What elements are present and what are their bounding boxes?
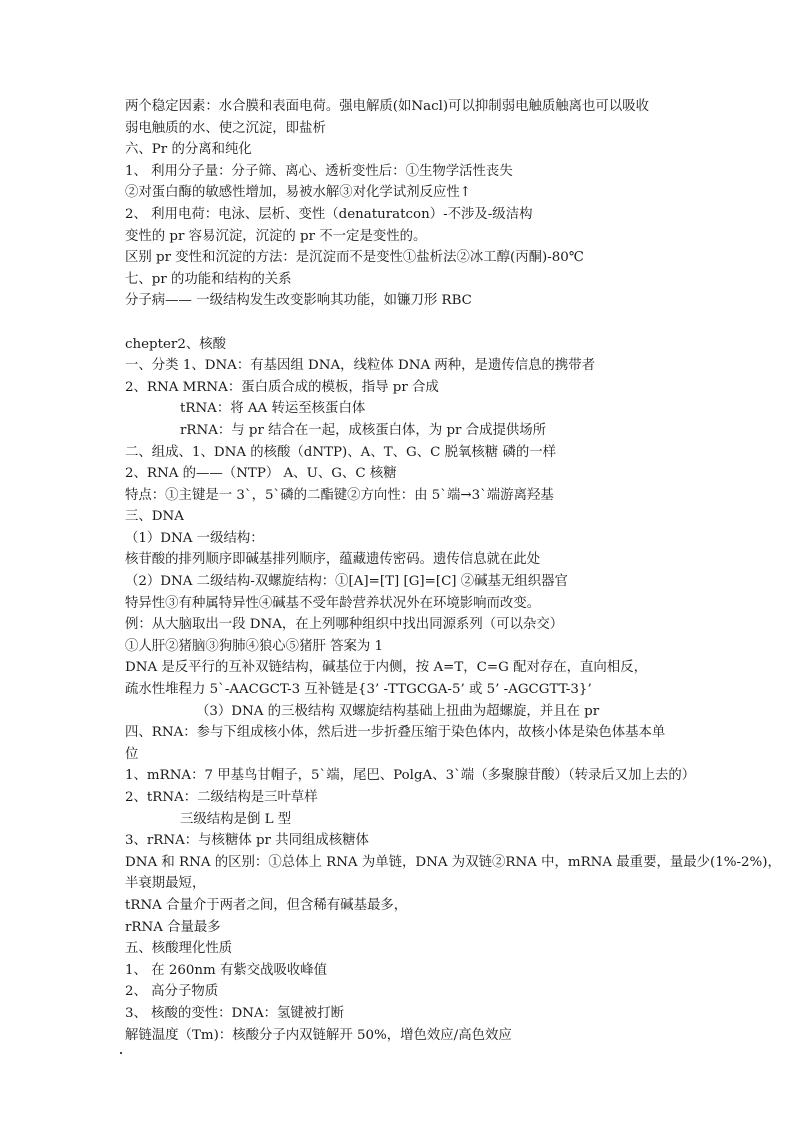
- text-line: rRNA 合量最多: [125, 917, 695, 939]
- text-line: 2、RNA MRNA：蛋白质合成的模板，指导 pr 合成: [125, 377, 695, 399]
- text-line: 例：从大脑取出一段 DNA，在上列哪种组织中找出同源系列（可以杂交）: [125, 614, 695, 636]
- text-line: 3、rRNA：与核糖体 pr 共同组成核糖体: [125, 830, 695, 852]
- text-line: 两个稳定因素：水合膜和表面电荷。强电解质(如Nacl)可以抑制弱电触质触离也可以…: [125, 96, 695, 118]
- text-line: 1、 利用分子量：分子筛、离心、透析变性后：①生物学活性丧失: [125, 161, 695, 183]
- document-body: 两个稳定因素：水合膜和表面电荷。强电解质(如Nacl)可以抑制弱电触质触离也可以…: [125, 96, 695, 1046]
- text-line: （3）DNA 的三极结构 双螺旋结构基础上扭曲为超螺旋，并且在 pr: [125, 701, 695, 723]
- text-line: 2、tRNA：二级结构是三叶草样: [125, 787, 695, 809]
- text-line: 分子病—— 一级结构发生改变影响其功能，如镰刀形 RBC: [125, 290, 695, 312]
- text-line: 疏水性堆程力 5`-AACGCT-3 互补链是{3’ -TTGCGA-5’ 或 …: [125, 679, 695, 701]
- text-line: 2、 利用电荷：电泳、层析、变性（denaturatcon）-不涉及-级洁构: [125, 204, 695, 226]
- text-line: 变性的 pr 容易沉淀，沉淀的 pr 不一定是变性的。: [125, 226, 695, 248]
- text-line: DNA 和 RNA 的区别：①总体上 RNA 为单链，DNA 为双链②RNA 中…: [125, 852, 695, 874]
- text-line: 半衰期最短，: [125, 873, 695, 895]
- page-dot-mark: [120, 1052, 122, 1054]
- text-line: 3、 核酸的变性：DNA：氢键被打断: [125, 1003, 695, 1025]
- text-line: 2、RNA 的——（NTP） A、U、G、C 核糖: [125, 463, 695, 485]
- text-line: 位: [125, 744, 695, 766]
- text-line: 三级结构是倒 L 型: [125, 809, 695, 831]
- text-line: tRNA：将 AA 转运至核蛋白体: [125, 398, 695, 420]
- text-line: 五、核酸理化性质: [125, 938, 695, 960]
- text-line: 1、mRNA：7 甲基鸟甘帽子，5`端，尾巴、PolgA、3`端（多聚腺苷酸）（…: [125, 765, 695, 787]
- text-line: ①人肝②猪脑③狗肺④狼心⑤猪肝 答案为 1: [125, 636, 695, 658]
- text-line: DNA 是反平行的互补双链结构，碱基位于内侧，按 A=T，C=G 配对存在，直向…: [125, 657, 695, 679]
- text-line: 三、DNA: [125, 506, 695, 528]
- text-line: 六、Pr 的分离和纯化: [125, 139, 695, 161]
- text-line: （1）DNA 一级结构：: [125, 528, 695, 550]
- text-line: 四、RNA：参与下组成核小体，然后进一步折叠压缩于染色体内，故核小体是染色体基本…: [125, 722, 695, 744]
- text-line: 一、分类 1、DNA：有基因组 DNA，线粒体 DNA 两种，是遗传信息的携带者: [125, 355, 695, 377]
- text-line: rRNA：与 pr 结合在一起，成核蛋白体，为 pr 合成提供场所: [125, 420, 695, 442]
- text-line: 弱电触质的水、使之沉淀，即盐析: [125, 118, 695, 140]
- text-line: 区别 pr 变性和沉淀的方法：是沉淀而不是变性①盐析法②冰工醇(丙酮)-80℃: [125, 247, 695, 269]
- blank-line: [125, 312, 695, 334]
- document-page: 两个稳定因素：水合膜和表面电荷。强电解质(如Nacl)可以抑制弱电触质触离也可以…: [0, 0, 800, 1131]
- text-line: ②对蛋白酶的敏感性增加，易被水解③对化学试剂反应性↑: [125, 182, 695, 204]
- text-line: 核苷酸的排列顺序即碱基排列顺序，蕴藏遗传密码。遗传信息就在此处: [125, 549, 695, 571]
- text-line: chepter2、核酸: [125, 334, 695, 356]
- text-line: 七、pr 的功能和结构的关系: [125, 269, 695, 291]
- text-line: 特异性③有种属特异性④碱基不受年龄营养状况外在环境影响而改变。: [125, 593, 695, 615]
- text-line: 1、 在 260nm 有紫交战吸收峰值: [125, 960, 695, 982]
- text-line: 解链温度（Tm)：核酸分子内双链解开 50%，增色效应/高色效应: [125, 1025, 695, 1047]
- text-line: tRNA 合量介于两者之间，但含稀有碱基最多，: [125, 895, 695, 917]
- text-line: 二、组成、1、DNA 的核酸（dNTP)、A、T、G、C 脱氧核糖 磷的一样: [125, 442, 695, 464]
- text-line: 特点：①主键是一 3`，5`磷的二酯键②方向性：由 5`端→3`端游离羟基: [125, 485, 695, 507]
- text-line: （2）DNA 二级结构-双螺旋结构：①[A]=[T] [G]=[C] ②碱基无组…: [125, 571, 695, 593]
- text-line: 2、 高分子物质: [125, 981, 695, 1003]
